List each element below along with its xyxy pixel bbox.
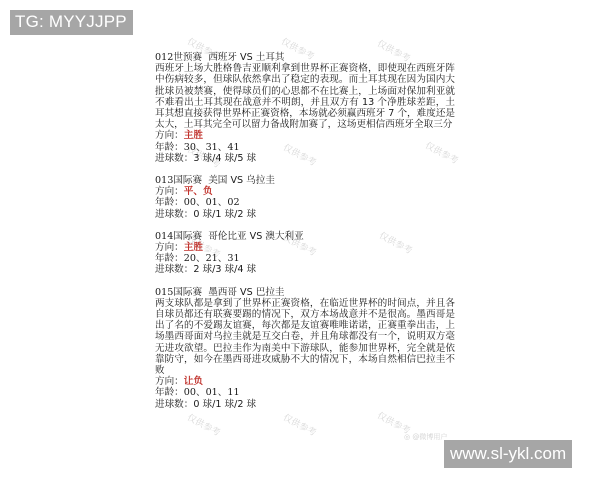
match-block-013: 013国际赛 美国 VS 乌拉圭 方向：平、负 年龄：00、01、02 进球数：… (155, 175, 455, 220)
website-url-badge: www.sl-ykl.com (444, 440, 572, 468)
teams: 西班牙 VS 土耳其 (208, 52, 284, 63)
match-analysis: 西班牙上场大胜格鲁吉亚顺利拿到世界杯正赛资格，即使现在西班牙阵中伤病较多，但球队… (155, 63, 455, 130)
scores-row: 年龄：20、21、31 (155, 253, 455, 264)
goals-row: 进球数：0 球/1 球/2 球 (155, 209, 455, 220)
direction-label: 方向： (155, 242, 184, 253)
direction-row: 方向：主胜 (155, 242, 455, 253)
weibo-watermark: ◎ @微博用户 (404, 432, 447, 442)
goals-label: 进球数： (155, 209, 193, 220)
scores-label: 年龄： (155, 197, 184, 208)
direction-row: 方向：让负 (155, 376, 455, 387)
goals-row: 进球数：0 球/1 球/2 球 (155, 399, 455, 410)
match-title: 012世预赛 西班牙 VS 土耳其 (155, 52, 455, 63)
scores-label: 年龄： (155, 253, 184, 264)
direction-value: 主胜 (184, 130, 203, 141)
match-title: 015国际赛 墨西哥 VS 巴拉圭 (155, 287, 455, 298)
direction-label: 方向： (155, 130, 184, 141)
scores-value: 30、31、41 (184, 142, 240, 153)
direction-value: 让负 (184, 376, 203, 387)
teams: 墨西哥 VS 巴拉圭 (208, 287, 284, 298)
direction-label: 方向： (155, 376, 184, 387)
competition: 国际赛 (173, 231, 202, 242)
goals-value: 3 球/4 球/5 球 (193, 153, 256, 164)
goals-value: 2 球/3 球/4 球 (193, 264, 256, 275)
teams: 哥伦比亚 VS 澳大利亚 (208, 231, 304, 242)
goals-label: 进球数： (155, 153, 193, 164)
match-block-012: 012世预赛 西班牙 VS 土耳其 西班牙上场大胜格鲁吉亚顺利拿到世界杯正赛资格… (155, 52, 455, 164)
goals-label: 进球数： (155, 264, 193, 275)
telegram-handle-badge: TG: MYYJJPP (10, 10, 133, 35)
scores-row: 年龄：30、31、41 (155, 142, 455, 153)
direction-label: 方向： (155, 186, 184, 197)
goals-value: 0 球/1 球/2 球 (193, 399, 256, 410)
scores-value: 00、01、11 (184, 387, 240, 398)
match-title: 013国际赛 美国 VS 乌拉圭 (155, 175, 455, 186)
teams: 美国 VS 乌拉圭 (208, 175, 275, 186)
match-block-014: 014国际赛 哥伦比亚 VS 澳大利亚 方向：主胜 年龄：20、21、31 进球… (155, 231, 455, 276)
scores-value: 00、01、02 (184, 197, 240, 208)
goals-value: 0 球/1 球/2 球 (193, 209, 256, 220)
competition: 国际赛 (173, 287, 202, 298)
scores-row: 年龄：00、01、02 (155, 197, 455, 208)
competition: 世预赛 (173, 52, 202, 63)
direction-value: 主胜 (184, 242, 203, 253)
direction-row: 方向：主胜 (155, 130, 455, 141)
goals-label: 进球数： (155, 399, 193, 410)
prediction-document: 012世预赛 西班牙 VS 土耳其 西班牙上场大胜格鲁吉亚顺利拿到世界杯正赛资格… (155, 52, 455, 421)
scores-row: 年龄：00、01、11 (155, 387, 455, 398)
direction-row: 方向：平、负 (155, 186, 455, 197)
match-title: 014国际赛 哥伦比亚 VS 澳大利亚 (155, 231, 455, 242)
match-number: 014 (155, 231, 173, 242)
match-number: 015 (155, 287, 173, 298)
scores-label: 年龄： (155, 387, 184, 398)
goals-row: 进球数：3 球/4 球/5 球 (155, 153, 455, 164)
match-analysis: 两支球队都是拿到了世界杯正赛资格，在临近世界杯的时间点，并且各自球员都还有联赛要… (155, 298, 455, 376)
competition: 国际赛 (173, 175, 202, 186)
match-number: 012 (155, 52, 173, 63)
scores-value: 20、21、31 (184, 253, 240, 264)
match-block-015: 015国际赛 墨西哥 VS 巴拉圭 两支球队都是拿到了世界杯正赛资格，在临近世界… (155, 287, 455, 410)
match-number: 013 (155, 175, 173, 186)
scores-label: 年龄： (155, 142, 184, 153)
direction-value: 平、负 (184, 186, 213, 197)
goals-row: 进球数：2 球/3 球/4 球 (155, 264, 455, 275)
